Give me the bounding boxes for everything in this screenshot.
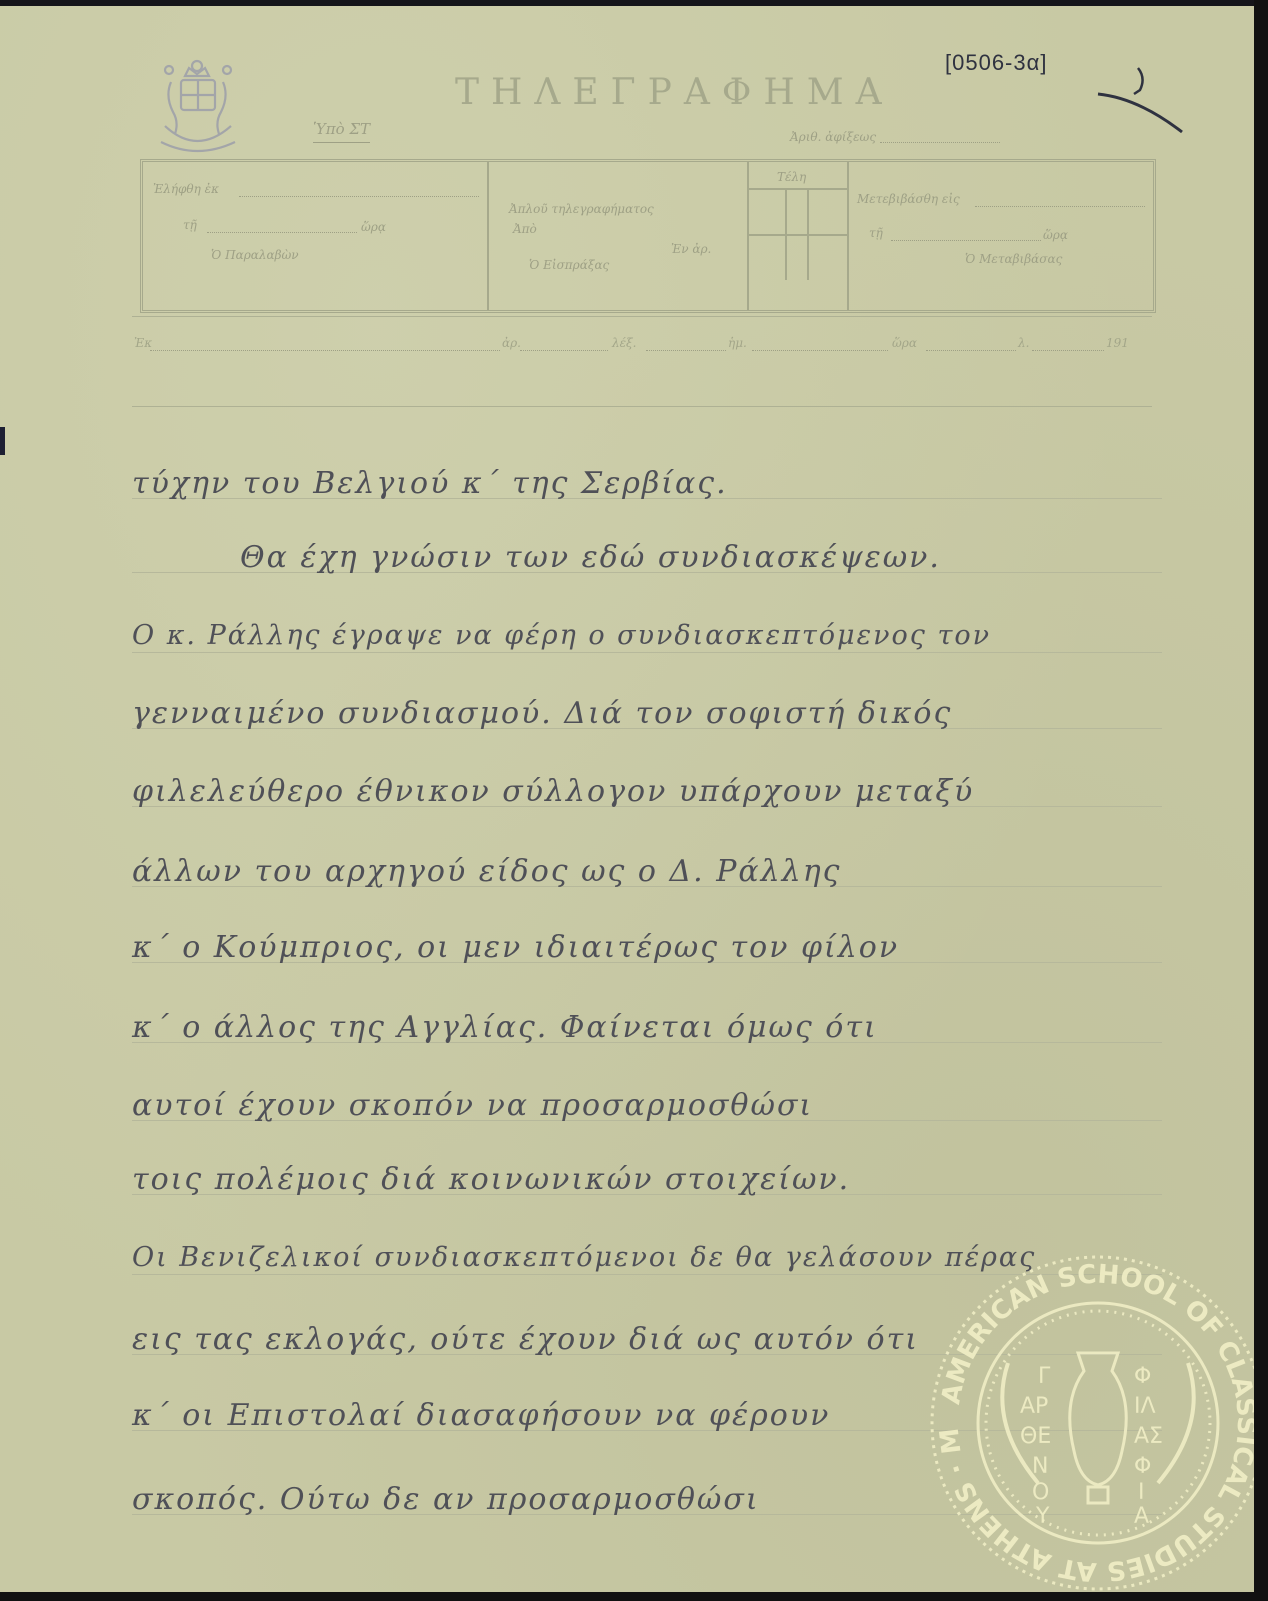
form-header-box: Ἐλήφθη ἐκ τῇ ὥρᾳ Ὁ Παραλαβὼν Ἀπλοῦ τηλεγ…	[140, 159, 1156, 313]
handwritten-line: γενναιμένο συνδιασμού. Διά τον σοφιστή δ…	[132, 696, 952, 731]
grid-line	[749, 234, 847, 236]
number-label: ἀρ.	[502, 336, 521, 350]
transmitted-to-label: Μετεβιβάσθη εἰς	[857, 192, 960, 206]
fees-header: Τέλη	[777, 170, 806, 184]
words-field	[646, 350, 726, 351]
received-from-field	[239, 196, 479, 197]
archive-id: [0506-3α]	[945, 50, 1047, 76]
ascsa-seal-icon: AMERICAN SCHOOL OF CLASSICAL STUDIES AT …	[928, 1253, 1268, 1593]
words-label: λέξ.	[612, 336, 636, 350]
box-divider	[487, 162, 489, 310]
telegram-number-label: Ἀπλοῦ τηλεγραφήματος	[509, 202, 654, 216]
handwritten-line: σκοπός. Ούτω δε αν προσαρμοσθώσι	[132, 1482, 760, 1517]
handwritten-line: φιλελεύθερο έθνικον σύλλογον υπάρχουν με…	[132, 774, 974, 809]
svg-text:Ο: Ο	[1032, 1480, 1049, 1505]
handwritten-line: κ΄ οι Επιστολαί διασαφήσουν να φέρουν	[132, 1398, 830, 1433]
svg-text:Φ: Φ	[1134, 1364, 1151, 1389]
svg-text:Ι: Ι	[1138, 1480, 1145, 1505]
scan-bottom-border	[0, 1592, 1268, 1601]
handwritten-line: κ΄ ο Κούμπριος, οι μεν ιδιαιτέρως τον φί…	[132, 930, 899, 965]
telegram-sheet: ΤΗΛΕΓΡΑΦΗΜΑ Ὑπὸ ΣΤ Ἀριθ. ἀφίξεως [0506-3…	[0, 6, 1254, 1592]
writing-rule	[132, 652, 1162, 653]
box-divider	[747, 162, 749, 310]
number-field	[520, 350, 608, 351]
handwritten-line: Ο κ. Ράλλης έγραψε να φέρη ο συνδιασκεπτ…	[132, 620, 991, 651]
svg-text:Γ: Γ	[1038, 1364, 1051, 1389]
day-label: ἡμ.	[728, 336, 747, 350]
grid-line	[807, 190, 809, 280]
arrival-number-label: Ἀριθ. ἀφίξεως	[790, 130, 876, 144]
handwritten-line: τύχην του Βελγιού κ΄ της Σερβίας.	[132, 466, 728, 501]
under-number-label: Ὑπὸ ΣΤ	[313, 120, 370, 143]
handwritten-line: τοις πολέμοις διά κοινωνικών στοιχείων.	[132, 1162, 850, 1197]
from-label: Ἀπὸ	[513, 222, 537, 236]
day-field	[891, 240, 1041, 241]
grid-line	[749, 188, 847, 190]
handwritten-line: αυτοί έχουν σκοπόν να προσαρμοσθώσι	[132, 1088, 813, 1123]
arrival-number-field	[880, 142, 1000, 143]
pen-bracket-mark-icon	[1080, 54, 1190, 144]
day-label: τῇ	[183, 218, 197, 232]
transmitter-label: Ὁ Μεταβιβάσας	[965, 252, 1062, 266]
from-label: Ἐκ	[134, 336, 152, 350]
in-number-label: Ἐν ἀρ.	[671, 242, 711, 256]
hour-label: ὥρᾳ	[1043, 228, 1068, 242]
svg-text:Α: Α	[1134, 1504, 1149, 1529]
svg-text:ΑΡ: ΑΡ	[1020, 1394, 1048, 1419]
hour-label: ὥρᾳ	[361, 220, 386, 234]
svg-text:Υ: Υ	[1035, 1504, 1050, 1529]
from-field	[150, 350, 500, 351]
handwritten-line: κ΄ ο άλλος της Αγγλίας. Φαίνεται όμως ότ…	[132, 1010, 878, 1045]
box-divider	[847, 162, 849, 310]
hour-field	[926, 350, 1016, 351]
handwritten-line: Θα έχη γνώσιν των εδώ συνδιασκέψεων.	[240, 540, 941, 575]
day-label: τῇ	[869, 226, 883, 240]
day-field	[207, 232, 357, 233]
handwritten-line: άλλων του αρχηγού είδος ως ο Δ. Ράλλης	[132, 854, 841, 889]
coat-of-arms-icon	[157, 56, 239, 154]
day-field	[752, 350, 888, 351]
svg-text:Ν: Ν	[1032, 1454, 1048, 1479]
received-from-label: Ἐλήφθη ἐκ	[153, 182, 219, 196]
year-label: 191	[1106, 336, 1129, 350]
svg-text:ΑΣ: ΑΣ	[1134, 1424, 1163, 1449]
receiver-label: Ὁ Παραλαβὼν	[211, 248, 299, 262]
transmitted-to-field	[975, 206, 1145, 207]
form-title: ΤΗΛΕΓΡΑΦΗΜΑ	[455, 72, 894, 113]
svg-text:Φ: Φ	[1134, 1454, 1151, 1479]
hour-label: ὥρα	[892, 336, 917, 350]
scan-edge-mark	[0, 427, 5, 455]
sender-label: Ὁ Εἰσπράξας	[529, 258, 609, 272]
separator-rule	[132, 406, 1152, 407]
scan-right-border	[1254, 0, 1268, 1601]
separator-rule	[132, 316, 1152, 317]
grid-line	[785, 190, 787, 280]
minute-label: λ.	[1018, 336, 1029, 350]
svg-text:ΘΕ: ΘΕ	[1020, 1424, 1051, 1449]
svg-text:ΙΛ: ΙΛ	[1134, 1394, 1156, 1419]
minute-field	[1032, 350, 1104, 351]
handwritten-line: εις τας εκλογάς, ούτε έχουν διά ως αυτόν…	[132, 1322, 919, 1357]
handwritten-line: Οι Βενιζελικοί συνδιασκεπτόμενοι δε θα γ…	[132, 1242, 1036, 1273]
